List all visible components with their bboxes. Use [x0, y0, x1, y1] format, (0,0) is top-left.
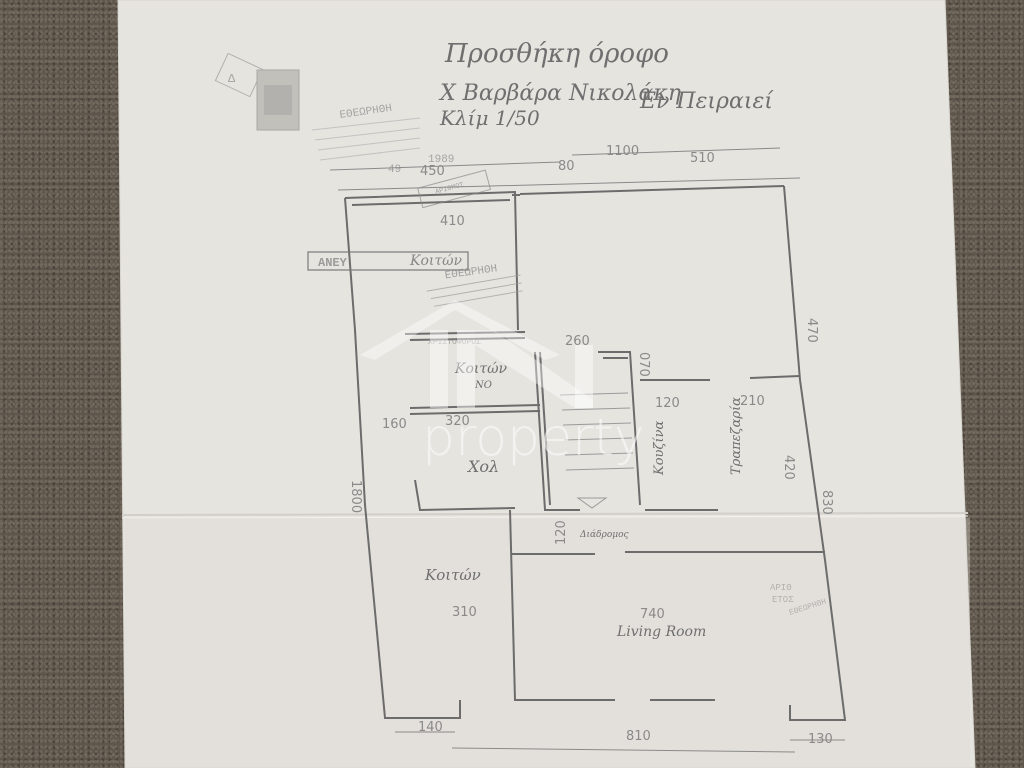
svg-text:420: 420	[781, 455, 796, 480]
svg-text:140: 140	[418, 720, 443, 735]
note-scale: Κλίμ 1/50	[439, 106, 540, 130]
room-living: Living Room	[616, 624, 706, 640]
svg-text:120: 120	[655, 396, 680, 411]
svg-text:120: 120	[554, 520, 569, 545]
svg-text:ΑΝΕΥ: ΑΝΕΥ	[318, 256, 348, 270]
svg-text:ΑΡΙΘ: ΑΡΙΘ	[770, 583, 792, 593]
svg-text:830: 830	[819, 490, 834, 515]
svg-text:310: 310	[452, 605, 477, 620]
svg-text:510: 510	[690, 151, 715, 166]
floor-plan-photo: Προσθήκη όροφο Χ Βαρβάρα Νικολάκη Κλίμ 1…	[0, 0, 1024, 768]
svg-text:Κοιτών: Κοιτών	[409, 253, 463, 269]
note-location: Εν Πειραιεί	[639, 89, 774, 114]
svg-text:070: 070	[636, 352, 651, 377]
svg-text:410: 410	[440, 214, 465, 229]
watermark-text: property	[422, 408, 645, 468]
svg-text:470: 470	[804, 318, 819, 343]
svg-text:ΕΤΟΣ: ΕΤΟΣ	[772, 595, 794, 605]
svg-text:450: 450	[420, 164, 445, 179]
room-bedroom-left: Κοιτών	[424, 566, 481, 584]
svg-text:1100: 1100	[606, 144, 639, 159]
svg-text:80: 80	[558, 159, 575, 174]
note-line1: Προσθήκη όροφο	[444, 39, 669, 69]
svg-text:810: 810	[626, 729, 651, 744]
svg-text:130: 130	[808, 732, 833, 747]
room-corridor: Διάδρομος	[579, 529, 630, 540]
svg-text:1800: 1800	[348, 480, 363, 513]
svg-text:ΝΟ: ΝΟ	[474, 380, 492, 391]
room-kitchen: Κουζίνα	[652, 421, 667, 476]
svg-text:160: 160	[382, 417, 407, 432]
stamp-triangle: Δ	[228, 72, 236, 86]
svg-text:210: 210	[740, 394, 765, 409]
svg-text:740: 740	[640, 607, 665, 622]
svg-text:49: 49	[388, 164, 401, 176]
